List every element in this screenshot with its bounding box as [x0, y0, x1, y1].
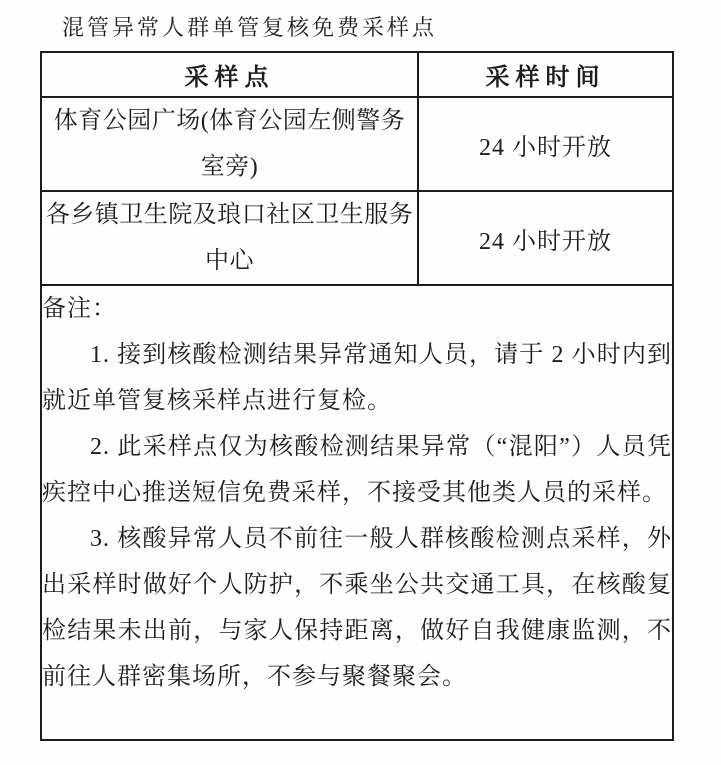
document-title: 混管异常人群单管复核免费采样点 [62, 13, 721, 51]
notes-row: 备注： 1. 接到核酸检测结果异常通知人员，请于 2 小时内到就近单管复核采样点… [41, 285, 673, 740]
site-time-cell: 24 小时开放 [418, 191, 673, 285]
table-row: 各乡镇卫生院及琅口社区卫生服务中心 24 小时开放 [41, 191, 673, 285]
notes-label: 备注： [42, 286, 672, 332]
column-header-time: 采样时间 [418, 52, 673, 97]
note-item-1: 1. 接到核酸检测结果异常通知人员，请于 2 小时内到就近单管复核采样点进行复检… [42, 332, 672, 424]
site-name-cell: 体育公园广场(体育公园左侧警务室旁) [41, 97, 418, 191]
table-row: 体育公园广场(体育公园左侧警务室旁) 24 小时开放 [41, 97, 673, 191]
note-item-3: 3. 核酸异常人员不前往一般人群核酸检测点采样，外出采样时做好个人防护，不乘坐公… [42, 516, 672, 700]
sampling-sites-table: 采样点 采样时间 体育公园广场(体育公园左侧警务室旁) 24 小时开放 各乡镇卫… [40, 51, 674, 741]
table-header-row: 采样点 采样时间 [41, 52, 673, 97]
note-item-2: 2. 此采样点仅为核酸检测结果异常（“混阳”）人员凭疾控中心推送短信免费采样，不… [42, 424, 672, 516]
document-page: 混管异常人群单管复核免费采样点 采样点 采样时间 体育公园广场(体育公园左侧警务… [0, 0, 721, 765]
notes-cell: 备注： 1. 接到核酸检测结果异常通知人员，请于 2 小时内到就近单管复核采样点… [41, 285, 673, 740]
column-header-site: 采样点 [41, 52, 418, 97]
site-name-cell: 各乡镇卫生院及琅口社区卫生服务中心 [41, 191, 418, 285]
site-time-cell: 24 小时开放 [418, 97, 673, 191]
